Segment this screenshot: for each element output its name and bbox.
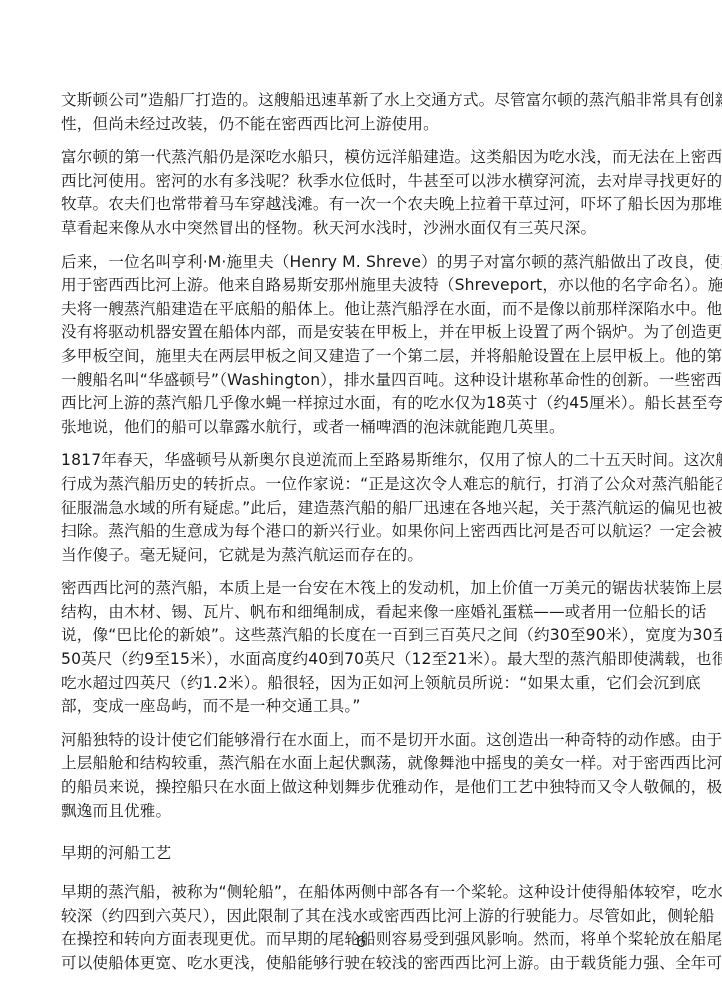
text-line: 较深（约四到六英尺），因此限制了其在浅水或密西西比河上游的行驶能力。尽管如此，侧… [61,905,661,929]
document-page: 文斯顿公司”造船厂打造的。这艘船迅速革新了水上交通方式。尽管富尔顿的蒸汽船非常具… [61,89,661,986]
text-line: 当作傻子。毫无疑问，它就是为蒸汽航运而存在的。 [61,544,661,568]
text-line: 富尔顿的第一代蒸汽船仍是深吃水船只，模仿远洋船建造。这类船因为吃水浅，而无法在上… [61,146,661,170]
paragraph-2: 富尔顿的第一代蒸汽船仍是深吃水船只，模仿远洋船建造。这类船因为吃水浅，而无法在上… [61,146,661,240]
paragraph-6: 河船独特的设计使它们能够滑行在水面上，而不是切开水面。这创造出一种奇特的动作感。… [61,729,661,823]
text-line: 的船员来说，操控船只在水面上做这种划舞步优雅动作，是他们工艺中独特而又令人敬佩的… [61,776,661,800]
text-line: 西比河上游的蒸汽船几乎像水蝇一样掠过水面，有的吃水仅为18英寸（约45厘米）。船… [61,392,661,416]
text-line: 牧草。农夫们也常带着马车穿越浅滩。有一次一个农夫晚上拉着干草过河，吓坏了船长因为… [61,193,661,217]
text-line: 飘逸而且优雅。 [61,800,661,824]
text-line: 扫除。蒸汽船的生意成为每个港口的新兴行业。如果你问上密西西比河是否可以航运？一定… [61,520,661,544]
text-line: 可以使船体更宽、吃水更浅，使船能够行驶在较浅的密西西比河上游。由于载货能力强、全… [61,952,661,976]
text-line: 没有将驱动机器安置在船体内部，而是安装在甲板上，并在甲板上设置了两个锅炉。为了创… [61,321,661,345]
text-line: 征服湍急水域的所有疑虑。”此后，建造蒸汽船的船厂迅速在各地兴起，关于蒸汽航运的偏… [61,497,661,521]
text-line: 河船独特的设计使它们能够滑行在水面上，而不是切开水面。这创造出一种奇特的动作感。… [61,729,661,753]
paragraph-4: 1817年春天，华盛顿号从新奥尔良逆流而上至路易斯维尔，仅用了惊人的二十五天时间… [61,449,661,567]
text-line: 早期的蒸汽船，被称为“侧轮船”，在船体两侧中部各有一个桨轮。这种设计使得船体较窄… [61,881,661,905]
text-line: 后来，一位名叫亨利·M·施里夫（Henry M. Shreve）的男子对富尔顿的… [61,251,661,275]
page-number: 6 [0,932,722,952]
text-line: 张地说，他们的船可以靠露水航行，或者一桶啤酒的泡沫就能跑几英里。 [61,416,661,440]
paragraph-5: 密西西比河的蒸汽船，本质上是一台安在木筏上的发动机，加上价值一万美元的锯齿状装饰… [61,577,661,719]
text-line: 性，但尚未经过改装，仍不能在密西西比河上游使用。 [61,113,661,137]
section-paragraph-1: 早期的蒸汽船，被称为“侧轮船”，在船体两侧中部各有一个桨轮。这种设计使得船体较窄… [61,881,661,975]
text-line: 结构，由木材、锡、瓦片、帆布和细绳制成，看起来像一座婚礼蛋糕——或者用一位船长的… [61,601,661,625]
paragraph-1: 文斯顿公司”造船厂打造的。这艘船迅速革新了水上交通方式。尽管富尔顿的蒸汽船非常具… [61,89,661,136]
text-line: 上层船舱和结构较重，蒸汽船在水面上起伏飘荡，就像舞池中摇曳的美女一样。对于密西西… [61,752,661,776]
text-line: 文斯顿公司”造船厂打造的。这艘船迅速革新了水上交通方式。尽管富尔顿的蒸汽船非常具… [61,89,661,113]
text-line: 1817年春天，华盛顿号从新奥尔良逆流而上至路易斯维尔，仅用了惊人的二十五天时间… [61,449,661,473]
text-line: 一艘船名叫“华盛顿号”（Washington），排水量四百吨。这种设计堪称革命性… [61,369,661,393]
text-line: 50英尺（约9至15米），水面高度约40到70英尺（12至21米）。最大型的蒸汽… [61,648,661,672]
text-line: 吃水超过四英尺（约1.2米）。船很轻，因为正如河上领航员所说：“如果太重，它们会… [61,672,661,696]
text-line: 草看起来像从水中突然冒出的怪物。秋天河水浅时，沙洲水面仅有三英尺深。 [61,217,661,241]
text-line: 用于密西西比河上游。他来自路易斯安那州施里夫波特（Shreveport，亦以他的… [61,274,661,298]
text-line: 部，变成一座岛屿，而不是一种交通工具。” [61,695,661,719]
text-line: 夫将一艘蒸汽船建造在平底船的船体上。他让蒸汽船浮在水面，而不是像以前那样深陷水中… [61,298,661,322]
text-line: 行成为蒸汽船历史的转折点。一位作家说：“正是这次令人难忘的航行，打消了公众对蒸汽… [61,473,661,497]
section-heading: 早期的河船工艺 [61,835,661,871]
text-line: 多甲板空间，施里夫在两层甲板之间又建造了一个第二层，并将船舱设置在上层甲板上。他… [61,345,661,369]
text-line: 密西西比河的蒸汽船，本质上是一台安在木筏上的发动机，加上价值一万美元的锯齿状装饰… [61,577,661,601]
text-line: 说，像“巴比伦的新娘”。这些蒸汽船的长度在一百到三百英尺之间（约30至90米），… [61,624,661,648]
paragraph-3: 后来，一位名叫亨利·M·施里夫（Henry M. Shreve）的男子对富尔顿的… [61,251,661,440]
text-line: 西比河使用。密河的水有多浅呢？秋季水位低时，牛甚至可以涉水横穿河流，去对岸寻找更… [61,170,661,194]
